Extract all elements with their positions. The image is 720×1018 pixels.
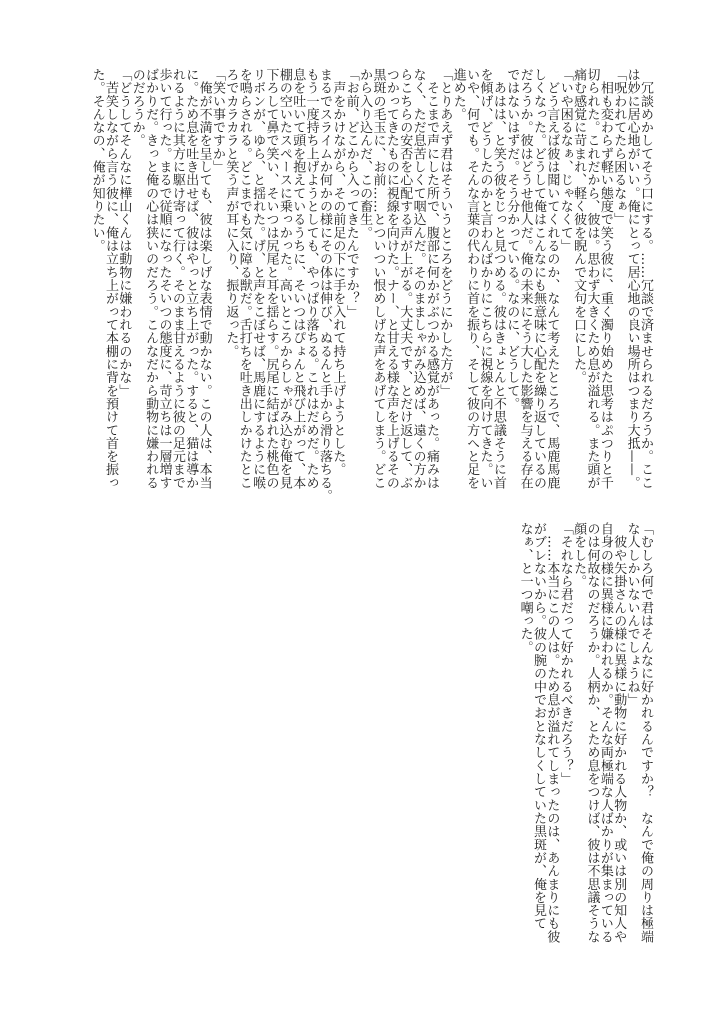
text-column: のは何故なのだろうか。人柄か、とため息をつけば、彼は不思議そうな <box>585 522 598 944</box>
dialogue-column: 「むしろ何で君はそんなに好かれるんですか？ なんで俺の周りは極端 <box>639 522 652 944</box>
text-column: そこまで声にした所で、腹部に何かがぶつかる感覚があった。痛みは <box>425 68 438 490</box>
text-column: リボンが、ゆら、と揺れた。げ、と声をこぼせば、馬鹿にするように喉 <box>251 68 264 490</box>
text-column: 痛む感覚に苛まれ、軽く彼を睨んで文句を口にした。 <box>572 68 585 490</box>
text-column: ではないはずだ。そう分かっている。なのに、どうして。 <box>505 68 518 490</box>
text-column: どう言えば彼は聞いてくれるのか、なんて考えたところで、馬鹿馬鹿 <box>545 68 558 490</box>
dialogue-column: 「笑い事ですか」 <box>211 68 224 490</box>
text-column: 棚の空いたスペースに乗っかった。高いところからしゃがみ込む俺を見 <box>278 68 291 490</box>
text-column: ろでカラカラと笑う声が耳に入り、振り返った。 <box>224 68 237 490</box>
text-column: つかってきたものに視線を向けた。ナー、と甘える様な声を上げるその <box>385 68 398 490</box>
text-column: を傾げ、どうしたのかと言わんばかりにこちらに視線を向けてきた。い <box>478 68 491 490</box>
text-column: 切られた。これだから、彼は。思わず大きくため息が溢れる。また頭が <box>585 68 598 490</box>
text-column: 黒斑の毛玉に、お前……とついつい恨めしげな声をあげてしまう。どこ <box>371 68 384 490</box>
text-column: 進めた。 <box>451 68 464 490</box>
text-column: に。ため息を吐き出せば、彼はやっと立ち上がった。すると、猫は導か <box>184 68 197 490</box>
dialogue-column: 「とりあえず君はそういうところをどうにかした方が」 <box>438 68 451 490</box>
text-column: らこちらの安否を心配する声が上がる。大丈夫です、とだけ返して、ぶ <box>398 68 411 490</box>
dialogue-column: な人しかいないんでしょうね」 <box>625 522 638 944</box>
dialogue-column: 「どうしてそんなに樺山くんは動物に嫌われるのかな」 <box>117 68 130 490</box>
text-column: を鳴らされる。どこまでも気に障る獣だ。舌打ちを吐き出しかけたとこ <box>237 68 250 490</box>
text-column: 彼や矢掛さんの様に異様に動物に好かれる人物か、或いは別の知人や <box>612 522 625 944</box>
text-column: ばかりだ。きっと俺の心は狭いのだろう。こんなだから動物に嫌われる <box>144 68 157 490</box>
text-column: れるように其方に駆け寄って行く。そのまま甘えるように彼の足元まで <box>171 68 184 490</box>
text-column: がブレないから。彼の腕の中でおとなしくしていた黒斑が、俺を見て <box>532 522 545 944</box>
dialogue-column: 「呪われてたら困るなぁ」 <box>612 68 625 490</box>
text-column: あはは、と笑う彼をじっと見つめる。彼はきょとんと不思議そうに首 <box>492 68 505 490</box>
text-column: もう一度持ち上げようとしても、やっぱり落ちる。これはだめだ。ため <box>304 68 317 490</box>
lower-text-block: 「むしろ何で君はそんなに好かれるんですか？ なんで俺の周りは極端 な人しかいない… <box>518 522 652 944</box>
text-column: ……本当にこの人は。ため息が溢れてしまったのは、あんまりにも彼 <box>545 522 558 944</box>
text-column: まるでスライムか何かの様にその体は伸び、ぬるんと手から滑り落ちる。 <box>318 68 331 490</box>
text-column: た。そんなの、俺が知りたい。 <box>90 68 103 490</box>
upper-text-block: 冗談めかしてそう口にする。……冗談で済ませられるだろうか。ここ は妙に居心地がい… <box>90 68 652 490</box>
text-column: 下ろして鼻で笑い、そいつは尻尾と耳を揺らす。尻尾に結ばれた桃色の <box>264 68 277 490</box>
text-column: 息を吐いて頭を抱えているうちに、そいつはぴょんと飛び上がって、本 <box>291 68 304 490</box>
text-column: から入り込んだ、この畜生。 <box>358 68 371 490</box>
dialogue-column: 「それなら君だって好かれるべきだろう？」 <box>558 522 571 944</box>
text-column: 相も変わらず軽い態度で笑う彼に、重く濁り始めた思考はぷつりと千 <box>599 68 612 490</box>
dialogue-column: 「いや困るなぁ、じゃなくて」 <box>558 68 571 490</box>
text-column: 俺が不満を呈しても、彼は楽しげな表情で動かない。この人は、本当 <box>197 68 210 490</box>
dialogue-column: 「お前、どこから入ってきたんですか？」 <box>344 68 357 490</box>
text-column: しくなった。どうして俺はこんなにも無意味に心配を繰り返しているの <box>532 68 545 490</box>
text-column: 自身の様に異様に嫌われるか。そんな両極端な人ばかりが集まっている <box>599 522 612 944</box>
text-column: なく、ただ息苦しくて咽込んだ。そのまましゃがみ込めば、遠くの方か <box>411 68 424 490</box>
text-column: だろうか。彼はどうせ他人だ。俺の未来にそう大した影響を与える存在 <box>518 68 531 490</box>
text-column: のだろうか。 <box>130 68 143 490</box>
text-column: 歩いて行った。まるで従順になったそいつの態度に、苛立ちは一層増す <box>157 68 170 490</box>
text-column: 冗談めかしてそう口にする。……冗談で済ませられるだろうか。ここ <box>639 68 652 490</box>
text-column: なぁ、と一つ嘲った。 <box>518 522 531 944</box>
text-column: いや、何でも。そんな言葉の代わりに首を振り、そして彼の方へと足を <box>465 68 478 490</box>
novel-page: 冗談めかしてそう口にする。……冗談で済ませられるだろうか。ここ は妙に居心地がい… <box>0 0 720 1018</box>
text-column: 声をかけながら、その前足の下に手を入れて持ち上げようとした。 <box>331 68 344 490</box>
text-column: は妙に居心地がいい。俺にとって居心地の良い場所はつまり大抵——。 <box>625 68 638 490</box>
text-column: 顔をした。 <box>572 522 585 944</box>
text-column: 苦笑しながら言う彼に、俺は立ち上がって本棚に背を預けて首を振っ <box>104 68 117 490</box>
